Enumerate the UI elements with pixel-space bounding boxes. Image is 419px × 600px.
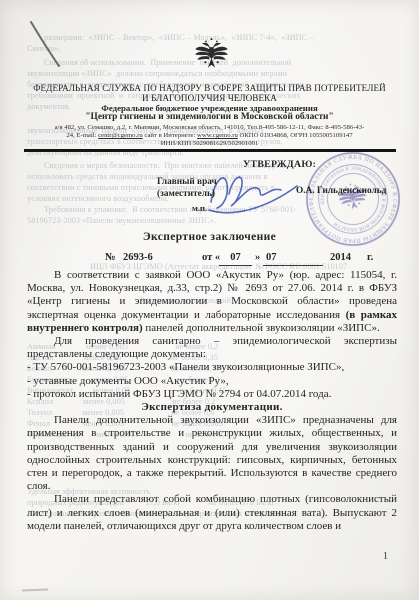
documents-list: - ТУ 5760-001-58196723-2003 «Панели звук… bbox=[27, 361, 397, 401]
document-title: Экспертное заключение bbox=[0, 231, 419, 243]
document-body: В соответствии с заявкой ООО «Акустик Ру… bbox=[27, 269, 397, 533]
section-heading-expertise: Экспертиза документации. bbox=[27, 401, 397, 414]
date-year-suffix: г. bbox=[367, 252, 373, 263]
agency-name-line2: И БЛАГОПОЛУЧИЯ ЧЕЛОВЕКА bbox=[0, 93, 419, 103]
website-link: www.cgemo.ru bbox=[197, 132, 238, 139]
document-list-item: - протокол испытаний ФБУЗ ЦГЭМО № 2794 о… bbox=[27, 388, 397, 401]
scan-artifact-dash bbox=[22, 589, 48, 591]
bleedthrough-line: размерами: «ЗИПС – Вектор», «ЗИПС – Моду… bbox=[44, 33, 314, 43]
paragraph-application: В соответствии с заявкой ООО «Акустик Ру… bbox=[27, 269, 397, 335]
address-part: ОКПО 01934868, ОГРН 1055005109147 bbox=[238, 132, 353, 139]
date-day: 07 bbox=[219, 252, 252, 266]
bleedthrough-line: 58196723-2003 «Панели звукоизоляционные … bbox=[27, 216, 216, 226]
date-from-label: от « bbox=[202, 252, 220, 263]
document-list-item: - уставные документы ООО «Акустик Ру», bbox=[27, 375, 397, 388]
document-number: 2693-6 bbox=[123, 252, 153, 263]
scanned-document-page: размерами: «ЗИПС – Вектор», «ЗИПС – Моду… bbox=[0, 0, 419, 600]
document-list-item: - ТУ 5760-001-58196723-2003 «Панели звук… bbox=[27, 361, 397, 374]
date-year: 2014 bbox=[330, 252, 351, 263]
org-name: "Центр гигиены и эпидемиологии в Московс… bbox=[0, 112, 419, 122]
org-address-line2: 24, E-mail: centr@cgemo.ru сайт в Интерн… bbox=[0, 132, 419, 139]
address-part: 24, E-mail: bbox=[66, 132, 98, 139]
number-sign: № bbox=[105, 252, 116, 263]
address-part: сайт в Интернете: bbox=[143, 132, 197, 139]
date-quote-close: » bbox=[255, 252, 260, 263]
page-number: 1 bbox=[383, 551, 388, 562]
bleedthrough-line: звукоизоляции «ЗИПС» должно сопровождать… bbox=[27, 69, 287, 79]
email-link: centr@cgemo.ru bbox=[98, 132, 143, 139]
coat-of-arms-eagle-icon bbox=[193, 37, 230, 73]
date-month: 07 bbox=[263, 252, 323, 266]
paragraph-construction: Панели представляют собой комбинацию пло… bbox=[27, 493, 397, 533]
bleedthrough-line: условиях интенсивного воздухообмена. bbox=[27, 194, 169, 204]
paragraph-purpose: Панели дополнительной звукоизоляции «ЗИП… bbox=[27, 414, 397, 493]
pen-mark bbox=[26, 18, 66, 70]
bleedthrough-line: Сведения об использовании. Применение па… bbox=[44, 58, 291, 68]
org-address-line1: а/я 482, ул. Семашко, д.2, г. Мытищи, Мо… bbox=[0, 124, 419, 131]
stamp-eagle-icon bbox=[336, 181, 368, 211]
org-address-line3: ИНН/КПП 5029081629/502901001 bbox=[0, 140, 419, 147]
agency-name-line1: ФЕДЕРАЛЬНАЯ СЛУЖБА ПО НАДЗОРУ В СФЕРЕ ЗА… bbox=[0, 83, 419, 93]
paragraph-documents-intro: Для проведения санитарно – эпидемиологич… bbox=[27, 335, 397, 361]
signature bbox=[205, 164, 305, 219]
